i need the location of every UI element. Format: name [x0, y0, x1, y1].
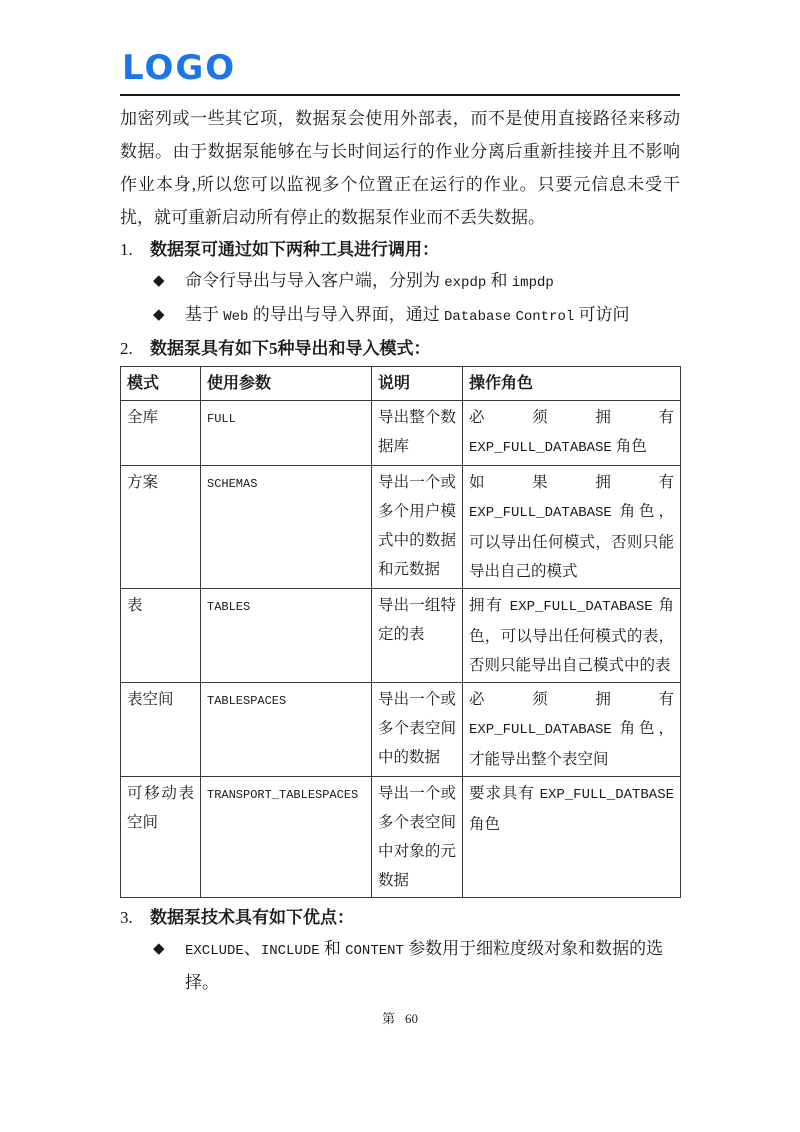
page-content: LOGO 加密列或一些其它项，数据泵会使用外部表，而不是使用直接路径来移动数据。… [120, 0, 680, 999]
table-cell-description: 导出一个或多个表空间中的数据 [372, 683, 463, 777]
table-cell-description: 导出一个或多个表空间中对象的元数据 [372, 777, 463, 898]
table-cell-parameter: SCHEMAS [201, 466, 372, 589]
heading-number: 3. [120, 902, 150, 933]
table-cell-role: 要求具有 EXP_FULL_DATBASE 角色 [463, 777, 681, 898]
code-text: TABLESPACES [207, 694, 286, 708]
table-cell-role: 必须拥有 EXP_FULL_DATABASE 角色 [463, 401, 681, 466]
code-text: TABLES [207, 600, 250, 614]
code-text: EXCLUDE [185, 943, 244, 959]
code-text: EXP_FULL_DATABASE [510, 599, 653, 615]
code-text: FULL [207, 412, 236, 426]
code-text: EXP_FULL_DATABASE [469, 440, 612, 456]
code-text: EXP_FULL_DATBASE [540, 787, 674, 803]
bullet-item: ◆命令行导出与导入客户端，分别为 expdp 和 impdp [120, 265, 680, 299]
bullet-item: ◆EXCLUDE、INCLUDE 和 CONTENT 参数用于细粒度级对象和数据… [120, 933, 680, 999]
code-text: EXP_FULL_DATABASE [469, 722, 612, 738]
diamond-bullet-icon: ◆ [153, 299, 185, 333]
table-cell-mode: 全库 [121, 401, 201, 466]
table-cell-mode: 方案 [121, 466, 201, 589]
table-row: 方案SCHEMAS导出一个或多个用户模式中的数据和元数据如果拥有 EXP_FUL… [121, 466, 681, 589]
table-cell-description: 导出一组特定的表 [372, 589, 463, 683]
table-row: 表空间TABLESPACES导出一个或多个表空间中的数据必须拥有 EXP_FUL… [121, 683, 681, 777]
table-cell-parameter: TABLESPACES [201, 683, 372, 777]
code-text: Database [444, 309, 511, 325]
code-text: expdp [444, 275, 486, 291]
code-text: Control [515, 309, 574, 325]
bullet-text: 基于 Web 的导出与导入界面，通过 Database Control 可访问 [185, 299, 680, 333]
table-cell-parameter: TABLES [201, 589, 372, 683]
table-row: 全库FULL导出整个数据库必须拥有 EXP_FULL_DATABASE 角色 [121, 401, 681, 466]
heading-title: 数据泵可通过如下两种工具进行调用： [150, 234, 439, 265]
table-cell-parameter: TRANSPORT_TABLESPACES [201, 777, 372, 898]
table-header-mode: 模式 [121, 367, 201, 401]
table-header-description: 说明 [372, 367, 463, 401]
code-text: SCHEMAS [207, 477, 257, 491]
diamond-bullet-icon: ◆ [153, 265, 185, 299]
table-cell-description: 导出一个或多个用户模式中的数据和元数据 [372, 466, 463, 589]
bullet-item: ◆基于 Web 的导出与导入界面，通过 Database Control 可访问 [120, 299, 680, 333]
table-header-parameter: 使用参数 [201, 367, 372, 401]
bullet-text: EXCLUDE、INCLUDE 和 CONTENT 参数用于细粒度级对象和数据的… [185, 933, 680, 999]
intro-paragraph: 加密列或一些其它项，数据泵会使用外部表，而不是使用直接路径来移动数据。由于数据泵… [120, 102, 680, 234]
table-cell-role: 如果拥有 EXP_FULL_DATABASE 角色，可以导出任何模式，否则只能导… [463, 466, 681, 589]
table-cell-description: 导出整个数据库 [372, 401, 463, 466]
tools-bullet-list: ◆命令行导出与导入客户端，分别为 expdp 和 impdp◆基于 Web 的导… [120, 265, 680, 333]
heading-tools: 1. 数据泵可通过如下两种工具进行调用： [120, 234, 680, 265]
table-cell-parameter: FULL [201, 401, 372, 466]
heading-advantages: 3. 数据泵技术具有如下优点： [120, 902, 680, 933]
table-cell-role: 必须拥有 EXP_FULL_DATABASE 角色，才能导出整个表空间 [463, 683, 681, 777]
code-text: EXP_FULL_DATABASE [469, 505, 612, 521]
diamond-bullet-icon: ◆ [153, 933, 185, 999]
table-cell-mode: 表空间 [121, 683, 201, 777]
bullet-text: 命令行导出与导入客户端，分别为 expdp 和 impdp [185, 265, 680, 299]
advantages-bullet-list: ◆EXCLUDE、INCLUDE 和 CONTENT 参数用于细粒度级对象和数据… [120, 933, 680, 999]
heading-number: 2. [120, 333, 150, 364]
heading-title: 数据泵具有如下5种导出和导入模式： [150, 333, 431, 364]
code-text: CONTENT [345, 943, 404, 959]
page-footer: 第60 [0, 1008, 800, 1027]
heading-title: 数据泵技术具有如下优点： [150, 902, 354, 933]
table-row: 可移动表空间TRANSPORT_TABLESPACES导出一个或多个表空间中对象… [121, 777, 681, 898]
table-cell-mode: 表 [121, 589, 201, 683]
table-row: 表TABLES导出一组特定的表拥有 EXP_FULL_DATABASE 角色，可… [121, 589, 681, 683]
heading-number: 1. [120, 234, 150, 265]
code-text: impdp [512, 275, 554, 291]
table-cell-mode: 可移动表空间 [121, 777, 201, 898]
footer-label: 第 [382, 1011, 395, 1026]
header-rule [120, 94, 680, 96]
document-page: LOGO 加密列或一些其它项，数据泵会使用外部表，而不是使用直接路径来移动数据。… [0, 0, 800, 1132]
page-number: 60 [405, 1011, 418, 1026]
code-text: Web [223, 309, 248, 325]
table-header-row: 模式使用参数说明操作角色 [121, 367, 681, 401]
heading-modes: 2. 数据泵具有如下5种导出和导入模式： [120, 333, 680, 364]
export-modes-table: 模式使用参数说明操作角色 全库FULL导出整个数据库必须拥有 EXP_FULL_… [120, 366, 681, 898]
table-cell-role: 拥有 EXP_FULL_DATABASE 角色，可以导出任何模式的表，否则只能导… [463, 589, 681, 683]
logo: LOGO [122, 50, 680, 86]
code-text: TRANSPORT_TABLESPACES [207, 788, 358, 802]
code-text: INCLUDE [261, 943, 320, 959]
table-header-role: 操作角色 [463, 367, 681, 401]
